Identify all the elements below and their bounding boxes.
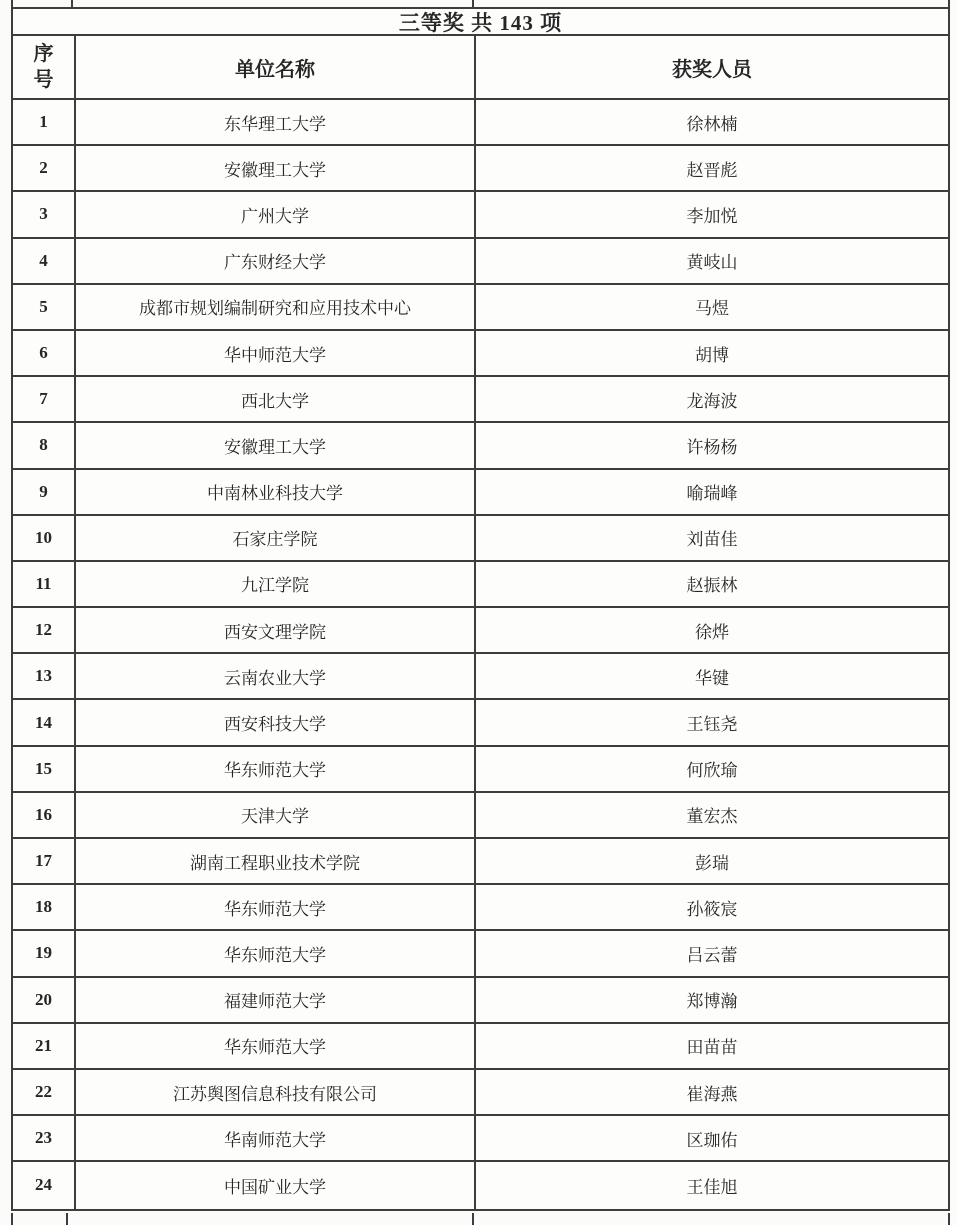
table-row: 1 东华理工大学 徐林楠 xyxy=(13,100,948,146)
unit-name-cell: 安徽理工大学 xyxy=(76,423,476,467)
award-table: 三等奖 共 143 项 序号 单位名称 获奖人员 1 东华理工大学 徐林楠 2 … xyxy=(11,7,950,1211)
row-number-cell: 7 xyxy=(13,377,76,421)
table-border-stub xyxy=(948,1213,950,1225)
table-row: 10 石家庄学院 刘苗佳 xyxy=(13,516,948,562)
document-page: 三等奖 共 143 项 序号 单位名称 获奖人员 1 东华理工大学 徐林楠 2 … xyxy=(0,0,957,1225)
row-number-cell: 18 xyxy=(13,885,76,929)
table-row: 11 九江学院 赵振林 xyxy=(13,562,948,608)
header-winner-label: 获奖人员 xyxy=(672,53,752,82)
winner-name-cell: 吕云蕾 xyxy=(476,931,948,975)
row-number-cell: 14 xyxy=(13,700,76,744)
unit-name-cell: 江苏舆图信息科技有限公司 xyxy=(76,1070,476,1114)
unit-name-cell: 华东师范大学 xyxy=(76,1024,476,1068)
unit-name-cell: 广州大学 xyxy=(76,192,476,236)
winner-name-cell: 喻瑞峰 xyxy=(476,470,948,514)
winner-name-cell: 郑博瀚 xyxy=(476,978,948,1022)
header-serial-cell: 序号 xyxy=(13,36,76,98)
unit-name-cell: 安徽理工大学 xyxy=(76,146,476,190)
row-number-cell: 5 xyxy=(13,285,76,329)
winner-name-cell: 刘苗佳 xyxy=(476,516,948,560)
table-row: 22 江苏舆图信息科技有限公司 崔海燕 xyxy=(13,1070,948,1116)
winner-name-cell: 龙海波 xyxy=(476,377,948,421)
unit-name-cell: 华东师范大学 xyxy=(76,885,476,929)
winner-name-cell: 王佳旭 xyxy=(476,1162,948,1208)
unit-name-cell: 九江学院 xyxy=(76,562,476,606)
table-row: 5 成都市规划编制研究和应用技术中心 马煜 xyxy=(13,285,948,331)
winner-name-cell: 李加悦 xyxy=(476,192,948,236)
unit-name-cell: 华东师范大学 xyxy=(76,747,476,791)
unit-name-cell: 西安文理学院 xyxy=(76,608,476,652)
table-row: 19 华东师范大学 吕云蕾 xyxy=(13,931,948,977)
table-border-stub xyxy=(11,1213,13,1225)
row-number-cell: 6 xyxy=(13,331,76,375)
unit-name-cell: 石家庄学院 xyxy=(76,516,476,560)
table-row: 23 华南师范大学 区珈佑 xyxy=(13,1116,948,1162)
table-border-stub xyxy=(472,1213,474,1225)
unit-name-cell: 成都市规划编制研究和应用技术中心 xyxy=(76,285,476,329)
table-row: 4 广东财经大学 黄岐山 xyxy=(13,239,948,285)
table-row: 24 中国矿业大学 王佳旭 xyxy=(13,1162,948,1208)
table-row: 15 华东师范大学 何欣瑜 xyxy=(13,747,948,793)
table-row: 3 广州大学 李加悦 xyxy=(13,192,948,238)
unit-name-cell: 中国矿业大学 xyxy=(76,1162,476,1208)
winner-name-cell: 赵晋彪 xyxy=(476,146,948,190)
table-header-row: 序号 单位名称 获奖人员 xyxy=(13,36,948,100)
unit-name-cell: 西北大学 xyxy=(76,377,476,421)
table-row: 2 安徽理工大学 赵晋彪 xyxy=(13,146,948,192)
table-border-stub xyxy=(66,1213,68,1225)
winner-name-cell: 胡博 xyxy=(476,331,948,375)
winner-name-cell: 彭瑞 xyxy=(476,839,948,883)
winner-name-cell: 田苗苗 xyxy=(476,1024,948,1068)
winner-name-cell: 黄岐山 xyxy=(476,239,948,283)
section-title-row: 三等奖 共 143 项 xyxy=(13,9,948,36)
unit-name-cell: 西安科技大学 xyxy=(76,700,476,744)
row-number-cell: 9 xyxy=(13,470,76,514)
unit-name-cell: 华中师范大学 xyxy=(76,331,476,375)
unit-name-cell: 中南林业科技大学 xyxy=(76,470,476,514)
row-number-cell: 12 xyxy=(13,608,76,652)
row-number-cell: 22 xyxy=(13,1070,76,1114)
unit-name-cell: 云南农业大学 xyxy=(76,654,476,698)
row-number-cell: 23 xyxy=(13,1116,76,1160)
table-row: 14 西安科技大学 王钰尧 xyxy=(13,700,948,746)
winner-name-cell: 许杨杨 xyxy=(476,423,948,467)
row-number-cell: 3 xyxy=(13,192,76,236)
table-row: 13 云南农业大学 华键 xyxy=(13,654,948,700)
unit-name-cell: 东华理工大学 xyxy=(76,100,476,144)
winner-name-cell: 徐烨 xyxy=(476,608,948,652)
unit-name-cell: 华南师范大学 xyxy=(76,1116,476,1160)
table-row: 8 安徽理工大学 许杨杨 xyxy=(13,423,948,469)
winner-name-cell: 崔海燕 xyxy=(476,1070,948,1114)
row-number-cell: 17 xyxy=(13,839,76,883)
header-winner-cell: 获奖人员 xyxy=(476,36,948,98)
header-serial-label: 序号 xyxy=(33,41,55,93)
unit-name-cell: 华东师范大学 xyxy=(76,931,476,975)
row-number-cell: 20 xyxy=(13,978,76,1022)
winner-name-cell: 何欣瑜 xyxy=(476,747,948,791)
unit-name-cell: 湖南工程职业技术学院 xyxy=(76,839,476,883)
row-number-cell: 10 xyxy=(13,516,76,560)
table-row: 17 湖南工程职业技术学院 彭瑞 xyxy=(13,839,948,885)
table-row: 21 华东师范大学 田苗苗 xyxy=(13,1024,948,1070)
row-number-cell: 19 xyxy=(13,931,76,975)
winner-name-cell: 马煜 xyxy=(476,285,948,329)
row-number-cell: 2 xyxy=(13,146,76,190)
unit-name-cell: 广东财经大学 xyxy=(76,239,476,283)
winner-name-cell: 孙筱宸 xyxy=(476,885,948,929)
table-body: 1 东华理工大学 徐林楠 2 安徽理工大学 赵晋彪 3 广州大学 李加悦 4 广… xyxy=(13,100,948,1209)
unit-name-cell: 天津大学 xyxy=(76,793,476,837)
winner-name-cell: 王钰尧 xyxy=(476,700,948,744)
row-number-cell: 21 xyxy=(13,1024,76,1068)
table-row: 6 华中师范大学 胡博 xyxy=(13,331,948,377)
winner-name-cell: 区珈佑 xyxy=(476,1116,948,1160)
table-row: 20 福建师范大学 郑博瀚 xyxy=(13,978,948,1024)
unit-name-cell: 福建师范大学 xyxy=(76,978,476,1022)
row-number-cell: 13 xyxy=(13,654,76,698)
table-row: 7 西北大学 龙海波 xyxy=(13,377,948,423)
table-row: 12 西安文理学院 徐烨 xyxy=(13,608,948,654)
section-title: 三等奖 共 143 项 xyxy=(399,7,562,37)
row-number-cell: 15 xyxy=(13,747,76,791)
row-number-cell: 4 xyxy=(13,239,76,283)
row-number-cell: 11 xyxy=(13,562,76,606)
header-unit-cell: 单位名称 xyxy=(76,36,476,98)
winner-name-cell: 华键 xyxy=(476,654,948,698)
table-row: 18 华东师范大学 孙筱宸 xyxy=(13,885,948,931)
row-number-cell: 1 xyxy=(13,100,76,144)
row-number-cell: 16 xyxy=(13,793,76,837)
row-number-cell: 8 xyxy=(13,423,76,467)
header-unit-label: 单位名称 xyxy=(235,53,315,82)
table-row: 16 天津大学 董宏杰 xyxy=(13,793,948,839)
winner-name-cell: 徐林楠 xyxy=(476,100,948,144)
winner-name-cell: 董宏杰 xyxy=(476,793,948,837)
table-row: 9 中南林业科技大学 喻瑞峰 xyxy=(13,470,948,516)
winner-name-cell: 赵振林 xyxy=(476,562,948,606)
row-number-cell: 24 xyxy=(13,1162,76,1208)
